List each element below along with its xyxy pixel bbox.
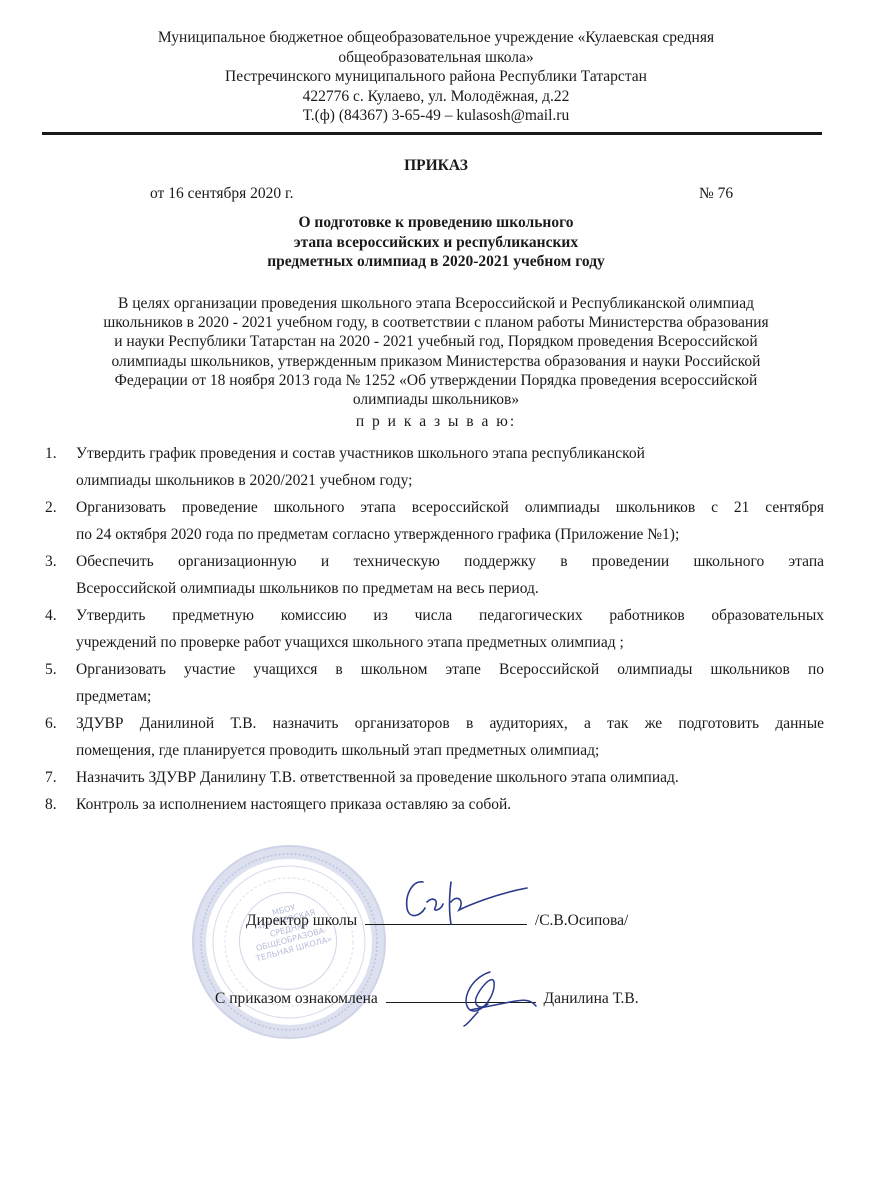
acquainted-signature-icon — [450, 968, 570, 1028]
acquainted-label: С приказом ознакомлена — [215, 990, 378, 1007]
order-item: 3. Обеспечить организационную и техничес… — [0, 548, 872, 602]
order-items-list: 1. Утвердить график проведения и состав … — [0, 440, 872, 818]
item-text: Обеспечить организационную и техническую… — [76, 548, 824, 575]
subject-line: этапа всероссийских и республиканских — [0, 233, 872, 253]
item-number: 6. — [45, 710, 57, 737]
letterhead-divider — [42, 132, 822, 135]
item-text: Организовать участие учащихся в школьном… — [76, 656, 824, 683]
item-number: 8. — [45, 791, 57, 818]
subject-line: О подготовке к проведению школьного — [0, 213, 872, 233]
order-item: 5. Организовать участие учащихся в школь… — [0, 656, 872, 710]
letterhead: Муниципальное бюджетное общеобразователь… — [0, 28, 872, 126]
order-item: 6. ЗДУВР Данилиной Т.В. назначить органи… — [0, 710, 872, 764]
order-item: 1. Утвердить график проведения и состав … — [0, 440, 872, 494]
item-text: ЗДУВР Данилиной Т.В. назначить организат… — [76, 710, 824, 737]
preamble: В целях организации проведения школьного… — [50, 294, 822, 409]
preamble-line: школьников в 2020 - 2021 учебном году, в… — [50, 313, 822, 332]
document-page: Муниципальное бюджетное общеобразователь… — [0, 0, 872, 1200]
document-number: № 76 — [699, 185, 733, 203]
preamble-line: олимпиады школьников» — [50, 390, 822, 409]
item-text: предметам; — [76, 683, 824, 710]
item-number: 7. — [45, 764, 57, 791]
acquainted-signature-row: С приказом ознакомлена Данилина Т.В. — [215, 990, 639, 1008]
order-item: 8. Контроль за исполнением настоящего пр… — [0, 791, 872, 818]
item-text: Назначить ЗДУВР Данилину Т.В. ответствен… — [76, 764, 824, 791]
director-label: Директор школы — [246, 912, 357, 929]
document-subject: О подготовке к проведению школьного этап… — [0, 213, 872, 272]
item-text: олимпиады школьников в 2020/2021 учебном… — [76, 467, 824, 494]
item-text: Утвердить график проведения и состав уча… — [76, 440, 824, 467]
school-stamp: МБОУ «КУЛАЕВСКАЯ СРЕДНЯЯ ОБЩЕОБРАЗОВА- Т… — [192, 845, 386, 1039]
item-text: помещения, где планируется проводить шко… — [76, 737, 824, 764]
item-number: 2. — [45, 494, 57, 521]
item-text: Утвердить предметную комиссию из числа п… — [76, 602, 824, 629]
item-text: Организовать проведение школьного этапа … — [76, 494, 824, 521]
preamble-line: и науки Республики Татарстан на 2020 - 2… — [50, 332, 822, 351]
item-number: 5. — [45, 656, 57, 683]
letterhead-org-line-2: общеобразовательная школа» — [0, 48, 872, 68]
order-word: п р и к а з ы в а ю: — [0, 413, 872, 431]
subject-line: предметных олимпиад в 2020-2021 учебном … — [0, 252, 872, 272]
item-text: Контроль за исполнением настоящего прика… — [76, 791, 824, 818]
document-title: ПРИКАЗ — [0, 157, 872, 175]
item-text: Всероссийской олимпиады школьников по пр… — [76, 575, 824, 602]
item-text: учреждений по проверке работ учащихся шк… — [76, 629, 824, 656]
item-number: 4. — [45, 602, 57, 629]
item-number: 3. — [45, 548, 57, 575]
order-item: 4. Утвердить предметную комиссию из числ… — [0, 602, 872, 656]
order-item: 2. Организовать проведение школьного эта… — [0, 494, 872, 548]
preamble-line: Федерации от 18 ноября 2013 года № 1252 … — [50, 371, 822, 390]
preamble-line: В целях организации проведения школьного… — [50, 294, 822, 313]
director-signature-icon — [395, 872, 535, 932]
director-name: /С.В.Осипова/ — [535, 912, 628, 929]
letterhead-district: Пестречинского муниципального района Рес… — [0, 67, 872, 87]
order-item: 7. Назначить ЗДУВР Данилину Т.В. ответст… — [0, 764, 872, 791]
letterhead-contacts: Т.(ф) (84367) 3-65-49 – kulasosh@mail.ru — [0, 106, 872, 126]
letterhead-org-line-1: Муниципальное бюджетное общеобразователь… — [0, 28, 872, 48]
item-number: 1. — [45, 440, 57, 467]
document-date: от 16 сентября 2020 г. — [150, 185, 294, 203]
item-text: по 24 октября 2020 года по предметам сог… — [76, 521, 824, 548]
letterhead-address: 422776 с. Кулаево, ул. Молодёжная, д.22 — [0, 87, 872, 107]
preamble-line: олимпиады школьников, утвержденным прика… — [50, 352, 822, 371]
